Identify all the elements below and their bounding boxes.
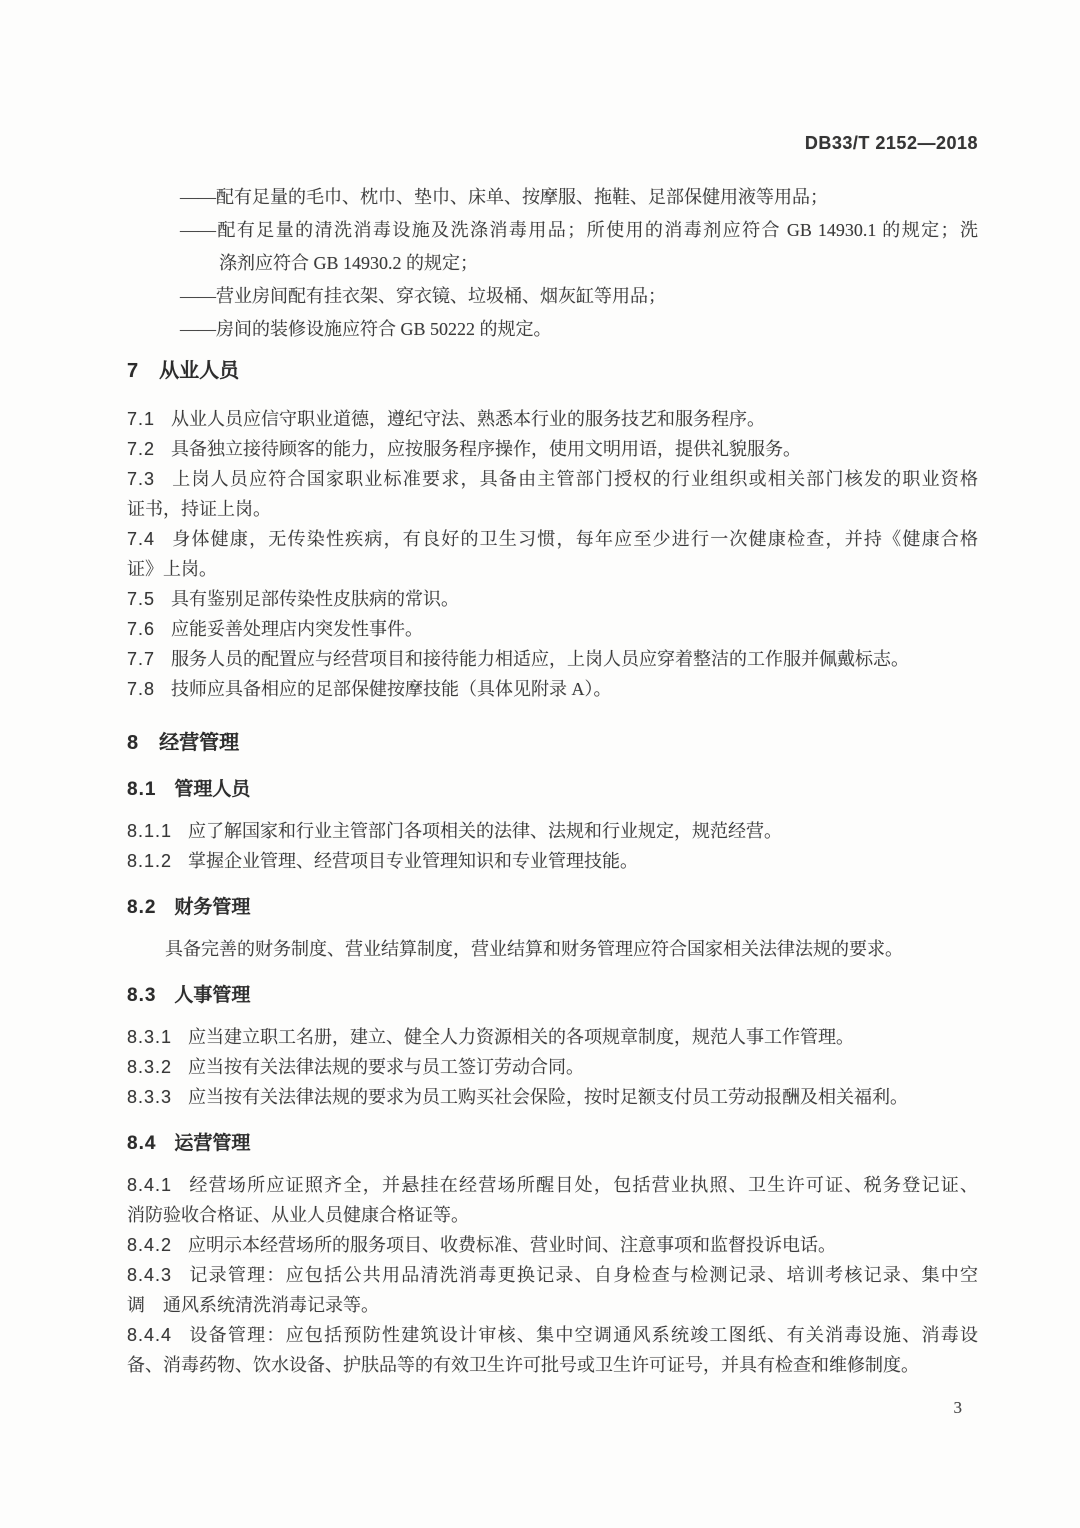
clause-text: 应当按有关法律法规的要求与员工签订劳动合同。: [188, 1057, 584, 1077]
clause-8-4-1-continuation: 消防验收合格证、从业人员健康合格证等。: [127, 1200, 978, 1230]
subsection-8-2-paragraph: 具备完善的财务制度、营业结算制度，营业结算和财务管理应符合国家相关法律法规的要求…: [127, 934, 978, 964]
subsection-number: 8.1: [127, 779, 156, 800]
clause-7-1: 7.1从业人员应信守职业道德，遵纪守法、熟悉本行业的服务技艺和服务程序。: [127, 404, 978, 434]
clause-number: 7.1: [127, 409, 155, 429]
clause-7-7: 7.7服务人员的配置应与经营项目和接待能力相适应，上岗人员应穿着整洁的工作服并佩…: [127, 644, 978, 674]
clause-text: 记录管理：应包括公共用品清洗消毒更换记录、自身检查与检测记录、培训考核记录、集中…: [188, 1265, 978, 1285]
subsection-number: 8.2: [127, 897, 156, 918]
dash-list-item: ——房间的装修设施应符合 GB 50222 的规定。: [180, 313, 978, 346]
clause-number: 7.2: [127, 439, 155, 459]
dash-list-item-continuation: 涤剂应符合 GB 14930.2 的规定；: [219, 247, 978, 280]
subsection-title: 财务管理: [174, 897, 250, 918]
clause-text: 具有鉴别足部传染性皮肤病的常识。: [171, 589, 459, 609]
clause-number: 8.4.3: [127, 1265, 172, 1285]
subsection-8-3-heading: 8.3人事管理: [127, 982, 978, 1010]
chapter-title: 从业人员: [159, 360, 239, 382]
document-page: DB33/T 2152—2018 ——配有足量的毛巾、枕巾、垫巾、床单、按摩服、…: [0, 0, 1080, 1528]
subsection-title: 运营管理: [174, 1133, 250, 1154]
clause-number: 7.7: [127, 649, 155, 669]
dash-list-item: ——配有足量的毛巾、枕巾、垫巾、床单、按摩服、拖鞋、足部保健用液等用品；: [180, 181, 978, 214]
clause-7-6: 7.6应能妥善处理店内突发性事件。: [127, 614, 978, 644]
subsection-number: 8.4: [127, 1133, 156, 1154]
clause-text: 应当按有关法律法规的要求为员工购买社会保险，按时足额支付员工劳动报酬及相关福利。: [188, 1087, 908, 1107]
clause-8-1-2: 8.1.2掌握企业管理、经营项目专业管理知识和专业管理技能。: [127, 846, 978, 876]
clause-text: 具备独立接待顾客的能力，应按服务程序操作，使用文明用语，提供礼貌服务。: [171, 439, 801, 459]
chapter-title: 经营管理: [159, 732, 239, 754]
clause-7-8: 7.8技师应具备相应的足部保健按摩技能（具体见附录 A）。: [127, 674, 978, 704]
clause-number: 7.3: [127, 469, 155, 489]
clause-number: 8.1.2: [127, 851, 172, 871]
subsection-8-1-heading: 8.1管理人员: [127, 776, 978, 804]
subsection-number: 8.3: [127, 985, 156, 1006]
clause-number: 7.4: [127, 529, 155, 549]
clause-7-4: 7.4身体健康，无传染性疾病，有良好的卫生习惯，每年应至少进行一次健康检查，并持…: [127, 524, 978, 554]
chapter-8-heading: 8经营管理: [127, 728, 978, 758]
chapter-7-heading: 7从业人员: [127, 356, 978, 386]
clause-8-4-4-continuation: 备、消毒药物、饮水设备、护肤品等的有效卫生许可批号或卫生许可证号，并具有检查和维…: [127, 1350, 978, 1380]
clause-number: 8.4.2: [127, 1235, 172, 1255]
clause-number: 8.1.1: [127, 821, 172, 841]
clause-8-4-2: 8.4.2应明示本经营场所的服务项目、收费标准、营业时间、注意事项和监督投诉电话…: [127, 1230, 978, 1260]
clause-text: 服务人员的配置应与经营项目和接待能力相适应，上岗人员应穿着整洁的工作服并佩戴标志…: [171, 649, 909, 669]
clause-text: 设备管理：应包括预防性建筑设计审核、集中空调通风系统竣工图纸、有关消毒设施、消毒…: [188, 1325, 978, 1345]
clause-text: 应能妥善处理店内突发性事件。: [171, 619, 423, 639]
clause-7-4-continuation: 证》上岗。: [127, 554, 978, 584]
clause-number: 8.4.1: [127, 1175, 172, 1195]
dash-list: ——配有足量的毛巾、枕巾、垫巾、床单、按摩服、拖鞋、足部保健用液等用品； ——配…: [180, 181, 978, 346]
clause-text: 身体健康，无传染性疾病，有良好的卫生习惯，每年应至少进行一次健康检查，并持《健康…: [171, 529, 978, 549]
clause-number: 7.8: [127, 679, 155, 699]
clause-number: 8.3.1: [127, 1027, 172, 1047]
clause-text: 从业人员应信守职业道德，遵纪守法、熟悉本行业的服务技艺和服务程序。: [171, 409, 765, 429]
clause-number: 7.5: [127, 589, 155, 609]
clause-text: 掌握企业管理、经营项目专业管理知识和专业管理技能。: [188, 851, 638, 871]
clause-number: 8.3.2: [127, 1057, 172, 1077]
dash-list-item: ——营业房间配有挂衣架、穿衣镜、垃圾桶、烟灰缸等用品；: [180, 280, 978, 313]
clause-text: 应明示本经营场所的服务项目、收费标准、营业时间、注意事项和监督投诉电话。: [188, 1235, 836, 1255]
clause-8-3-3: 8.3.3应当按有关法律法规的要求为员工购买社会保险，按时足额支付员工劳动报酬及…: [127, 1082, 978, 1112]
clause-text: 应了解国家和行业主管部门各项相关的法律、法规和行业规定，规范经营。: [188, 821, 782, 841]
clause-7-3-continuation: 证书，持证上岗。: [127, 494, 978, 524]
chapter-number: 7: [127, 360, 139, 382]
chapter-number: 8: [127, 732, 139, 754]
clause-text: 技师应具备相应的足部保健按摩技能（具体见附录 A）。: [171, 679, 612, 699]
clause-8-3-1: 8.3.1应当建立职工名册，建立、健全人力资源相关的各项规章制度，规范人事工作管…: [127, 1022, 978, 1052]
clause-7-3: 7.3上岗人员应符合国家职业标准要求，具备由主管部门授权的行业组织或相关部门核发…: [127, 464, 978, 494]
subsection-8-2-heading: 8.2财务管理: [127, 894, 978, 922]
clause-number: 8.4.4: [127, 1325, 172, 1345]
subsection-title: 管理人员: [174, 779, 250, 800]
clause-number: 8.3.3: [127, 1087, 172, 1107]
clause-7-2: 7.2具备独立接待顾客的能力，应按服务程序操作，使用文明用语，提供礼貌服务。: [127, 434, 978, 464]
subsection-title: 人事管理: [174, 985, 250, 1006]
clause-8-1-1: 8.1.1应了解国家和行业主管部门各项相关的法律、法规和行业规定，规范经营。: [127, 816, 978, 846]
subsection-8-4-heading: 8.4运营管理: [127, 1130, 978, 1158]
dash-list-item: ——配有足量的清洗消毒设施及洗涤消毒用品；所使用的消毒剂应符合 GB 14930…: [180, 214, 978, 247]
clause-8-4-3: 8.4.3记录管理：应包括公共用品清洗消毒更换记录、自身检查与检测记录、培训考核…: [127, 1260, 978, 1290]
clause-number: 7.6: [127, 619, 155, 639]
clause-text: 上岗人员应符合国家职业标准要求，具备由主管部门授权的行业组织或相关部门核发的职业…: [171, 469, 978, 489]
clause-8-4-1: 8.4.1经营场所应证照齐全，并悬挂在经营场所醒目处，包括营业执照、卫生许可证、…: [127, 1170, 978, 1200]
clause-text: 经营场所应证照齐全，并悬挂在经营场所醒目处，包括营业执照、卫生许可证、税务登记证…: [188, 1175, 978, 1195]
clause-7-5: 7.5具有鉴别足部传染性皮肤病的常识。: [127, 584, 978, 614]
document-content: ——配有足量的毛巾、枕巾、垫巾、床单、按摩服、拖鞋、足部保健用液等用品； ——配…: [127, 0, 978, 1380]
clause-8-3-2: 8.3.2应当按有关法律法规的要求与员工签订劳动合同。: [127, 1052, 978, 1082]
clause-8-4-4: 8.4.4设备管理：应包括预防性建筑设计审核、集中空调通风系统竣工图纸、有关消毒…: [127, 1320, 978, 1350]
clause-text: 应当建立职工名册，建立、健全人力资源相关的各项规章制度，规范人事工作管理。: [188, 1027, 854, 1047]
page-number: 3: [954, 1398, 963, 1418]
clause-8-4-3-continuation: 调 通风系统清洗消毒记录等。: [127, 1290, 978, 1320]
